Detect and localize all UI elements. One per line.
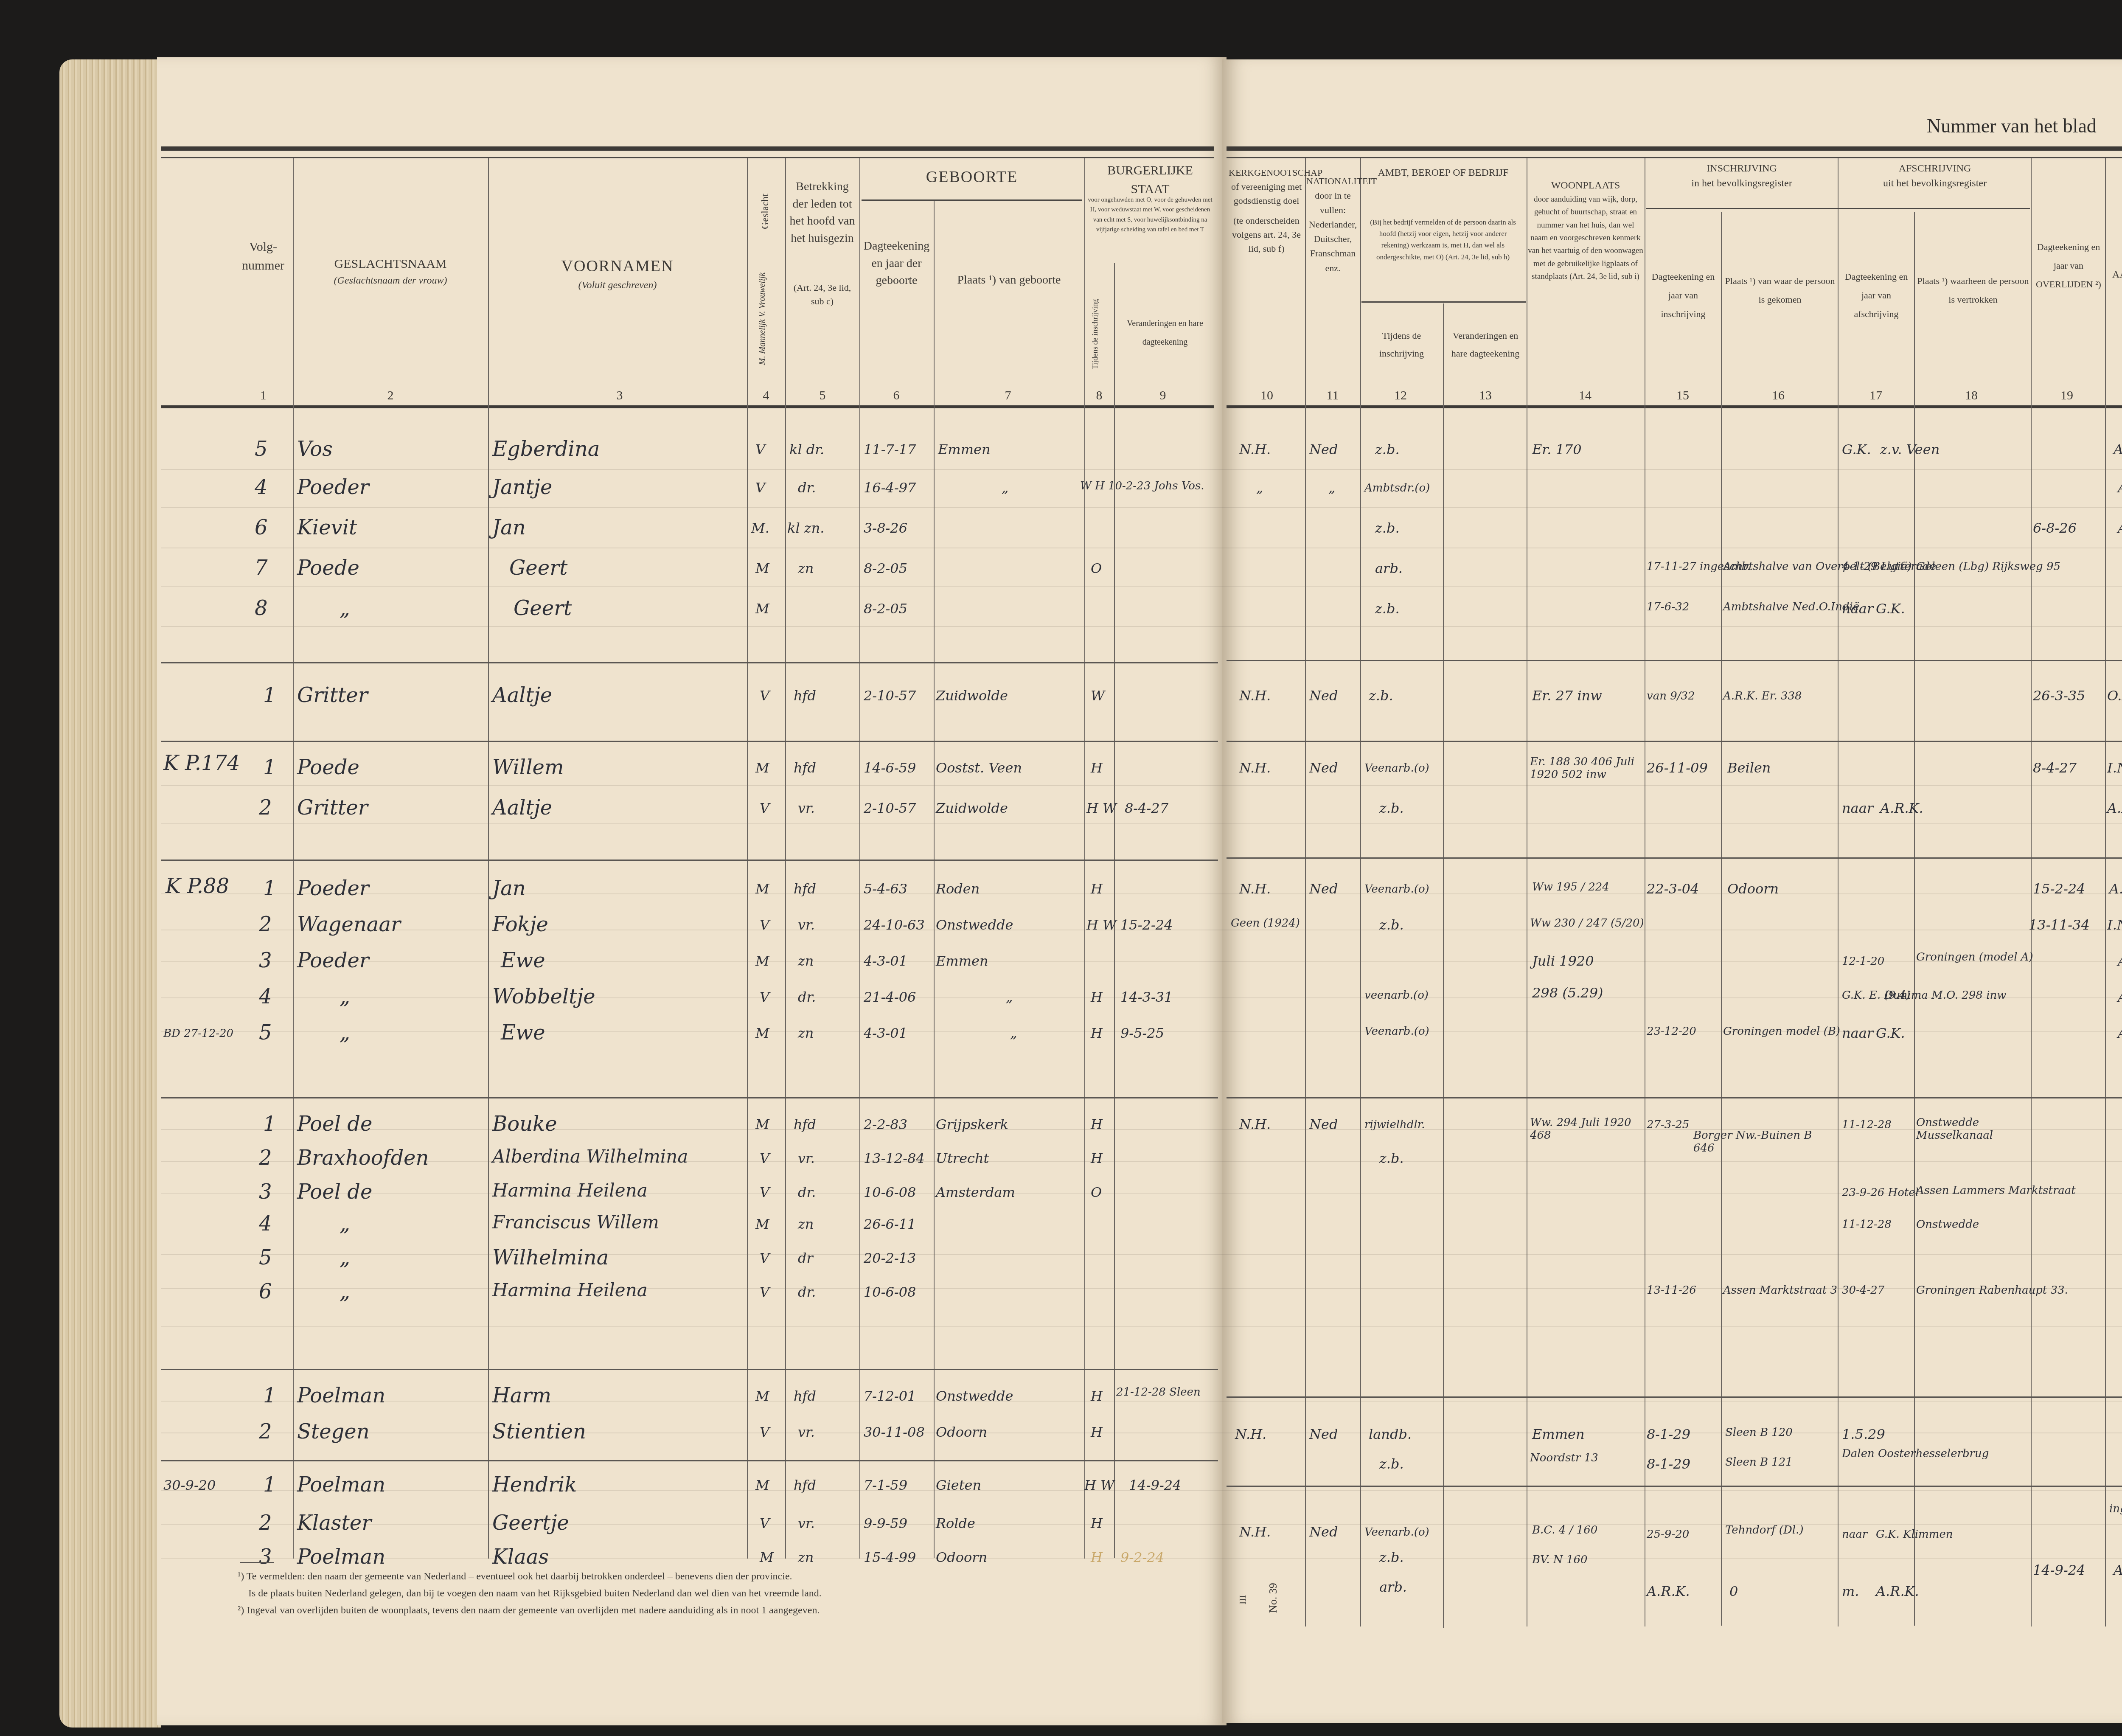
cell-death: 6-8-26 (2033, 520, 2077, 536)
cell-occ: arb. (1379, 1579, 1407, 1595)
cell-sex: M (755, 760, 769, 776)
cell-out-date: G.K. (1842, 441, 1871, 458)
ruled-line (161, 626, 2122, 627)
cell-cs: H (1091, 1515, 1103, 1531)
col-divider (488, 158, 489, 1559)
header-col1: Volg-nummer (238, 238, 289, 275)
cell-cs-change: 9-5-25 (1120, 1025, 1164, 1041)
cell-church: N.H. (1239, 760, 1271, 776)
cell-out-to: Groningen Rabenhaupt 33. (1916, 1284, 2068, 1297)
cell-rel: zn (798, 560, 814, 576)
cell-dob: 5-4-63 (864, 881, 907, 897)
col-divider (1084, 158, 1085, 1559)
cell-rel: zn (798, 1216, 814, 1232)
col-divider (293, 158, 294, 1559)
cell-sex: M (755, 1025, 769, 1041)
cell-rel: zn (798, 1025, 814, 1041)
header-col11: NATIONALITEIT door in te vullen: Nederla… (1306, 174, 1359, 275)
cell-occ: z.b. (1379, 1456, 1404, 1472)
cell-pob: Onstwedde (936, 917, 1013, 933)
cell-dob: 20-2-13 (864, 1250, 916, 1266)
header-geboorte-title: GEBOORTE (926, 168, 1018, 186)
printer-roman: III (1237, 1595, 1248, 1604)
cell-in-from: Sleen B 121 (1725, 1456, 1793, 1469)
cell-nr: 6 (259, 1280, 272, 1303)
cell-out-date: naar (1842, 1025, 1873, 1041)
cell-occ: z.b. (1379, 1549, 1404, 1565)
cell-cs: H (1091, 1150, 1103, 1166)
cell-pob: Oostst. Veen (936, 760, 1022, 776)
cell-given: Geert (509, 556, 567, 580)
cell-in-from: Ambtshalve Ned.O.Indië (1723, 601, 1859, 613)
colnum-2: 2 (382, 388, 399, 403)
cell-given: Hendrik (492, 1473, 577, 1497)
header-col7: Plaats ¹) van geboorte (936, 272, 1082, 289)
cell-pob: Rolde (936, 1515, 975, 1531)
cell-sex: V (760, 917, 769, 933)
cell-out-to: A.R.K. (1876, 1583, 1919, 1599)
cell-cs: H (1091, 1025, 1103, 1041)
cell-cs: H (1091, 1549, 1103, 1565)
cell-cs-change: 9-2-24 (1120, 1549, 1164, 1565)
cell-rel: vr. (798, 917, 815, 933)
cell-given: Geert (514, 596, 572, 620)
cell-sex: V (760, 1250, 769, 1266)
ruled-line (161, 586, 2122, 587)
cell-given: Harm (492, 1384, 551, 1407)
header-ambt-sub: (Bij het bedrijf vermelden of de persoon… (1364, 216, 1521, 263)
cell-nr: 5 (259, 1021, 272, 1045)
cell-nr: 1 (263, 876, 276, 900)
cell-res: BV. N 160 (1532, 1553, 1588, 1566)
cell-rem: A.C.C. (2118, 953, 2122, 969)
cell-surname: Gritter (297, 683, 368, 707)
cell-cs-change: W H 10-2-23 Johs Vos. (1080, 480, 1204, 492)
header-register-rule (1646, 208, 2030, 209)
header-col2-sub: (Geslachtsnaam der vrouw) (297, 273, 484, 288)
cell-rem: ingehokken A.C.C. (2109, 1503, 2122, 1515)
header-col16: Plaats ¹) van waar de persoon is gekomen (1723, 272, 1837, 309)
header-col20-title: AANMERKINGEN (2107, 267, 2122, 282)
colnum-7: 7 (999, 388, 1016, 403)
cell-rel: vr. (798, 1515, 815, 1531)
cell-dob: 24-10-63 (864, 917, 925, 933)
household-separator (1227, 1097, 2122, 1098)
cell-sex: M (755, 601, 769, 617)
household-separator (161, 1097, 1218, 1098)
cell-dob: 10-6-08 (864, 1184, 916, 1200)
cell-dob: 2-10-57 (864, 800, 916, 816)
cell-surname: Stegen (297, 1420, 370, 1444)
header-col17: Dagteekening en jaar van afschrijving (1840, 267, 1913, 323)
cell-surname: Vos (297, 437, 333, 461)
cell-cs-change: 14-3-31 (1120, 989, 1173, 1005)
cell-pob: Roden (936, 881, 980, 897)
cell-out-to: G.K. (1876, 601, 1905, 617)
cell-nr: 3 (259, 1545, 272, 1569)
cell-in-from: Assen Marktstraat 3 (1723, 1284, 1837, 1297)
colnum-19: 19 (2056, 388, 2077, 403)
col-divider (1721, 212, 1722, 1626)
cell-rem: A.C.C. (2114, 441, 2122, 458)
header-col14: WOONPLAATS door aanduiding van wijk, dor… (1528, 178, 1643, 284)
cell-surname: „ (340, 1021, 350, 1045)
cell-res: Ww 195 / 224 (1532, 881, 1609, 893)
cell-rem: O.D.R. A.C.C. (2107, 688, 2122, 704)
colnum-14: 14 (1575, 388, 1596, 403)
household-separator (1227, 1396, 2122, 1398)
cell-dob: 16-4-97 (864, 480, 916, 496)
cell-rel: dr. (798, 1284, 816, 1300)
cell-occ: Veenarb.(o) (1364, 1025, 1429, 1038)
header-afschrijving-title: AFSCHRIJVING (1840, 161, 2030, 176)
cell-surname: Poel de (297, 1112, 372, 1136)
cell-rel: vr. (798, 1424, 815, 1440)
cell-sex: M (755, 560, 769, 576)
cell-out-date: 12-1-20 (1842, 955, 1884, 968)
cell-rel: hfd (794, 1388, 816, 1404)
cell-nr: 2 (259, 1420, 272, 1444)
header-col12: Tijdens de inschrijving (1362, 327, 1441, 362)
cell-res: Juli 1920 (1532, 953, 1594, 969)
cell-nat: Ned (1309, 1116, 1338, 1132)
cell-sex: V (760, 1424, 769, 1440)
cell-sex: V (760, 1284, 769, 1300)
cell-church: Geen (1924) (1231, 917, 1300, 930)
cell-in-from: Groningen model (B) (1723, 1025, 1840, 1038)
cell-given: Aaltje (492, 796, 552, 820)
top-rule-left-thin (161, 157, 1214, 158)
cell-dob: 21-4-06 (864, 989, 916, 1005)
cell-given: Wobbeltje (492, 985, 595, 1008)
cell-dob: 10-6-08 (864, 1284, 916, 1300)
top-rule-left (161, 146, 1214, 151)
header-col3: VOORNAMEN (Voluit geschreven) (492, 255, 743, 293)
cell-surname: Kievit (297, 516, 357, 539)
cell-church: N.H. (1235, 1426, 1266, 1442)
cell-rem: A.C.C. (2118, 1025, 2122, 1041)
header-bottom-rule-left (161, 405, 1214, 408)
header-inschrijving: INSCHRIJVING in het bevolkingsregister (1647, 161, 1837, 191)
header-col4: Geslacht (760, 194, 771, 229)
cell-surname: Poeder (297, 949, 369, 972)
cell-in-from: A.R.K. Er. 338 (1723, 690, 1802, 702)
cell-out-to: Onstwedde (1916, 1218, 1979, 1231)
cell-res: Noordstr 13 (1530, 1452, 1598, 1464)
cell-given: Klaas (492, 1545, 549, 1569)
cell-pob: Onstwedde (936, 1388, 1013, 1404)
cell-cs: H (1091, 760, 1103, 776)
cell-rel: kl dr. (789, 441, 824, 458)
cell-occ: rijwielhdlr. (1364, 1118, 1425, 1131)
footnote-2: ²) Ingeval van overlijden buiten de woon… (238, 1602, 820, 1618)
cell-sex: M (755, 1216, 769, 1232)
household-separator (1227, 660, 2122, 661)
cell-surname: „ (340, 1212, 350, 1236)
ruled-line (161, 507, 2122, 508)
col-divider (1527, 158, 1527, 1626)
cell-in-date: 26-11-09 (1647, 760, 1708, 776)
cell-given: Geertje (492, 1511, 569, 1535)
cell-church: N.H. (1239, 688, 1271, 704)
cell-sex: M (755, 1116, 769, 1132)
cell-in-date: 13-11-26 (1647, 1284, 1696, 1297)
household-separator (1227, 1486, 2122, 1487)
cell-dob: 26-6-11 (864, 1216, 916, 1232)
cell-res: Ww 230 / 247 (5/20) (1530, 917, 1644, 930)
cell-out-date: naar (1842, 1528, 1867, 1541)
header-afschrijving: AFSCHRIJVING uit het bevolkingsregister (1840, 161, 2030, 191)
cell-pob: Zuidwolde (936, 688, 1008, 704)
cell-rel: dr (798, 1250, 813, 1266)
colnum-16: 16 (1768, 388, 1789, 403)
ruled-line (161, 1161, 2122, 1162)
cell-rel: hfd (794, 881, 816, 897)
cell-in-date: van 9/32 (1647, 690, 1695, 702)
cell-surname: „ (340, 985, 350, 1008)
household-separator (161, 741, 1218, 742)
cell-out-to: Assen Lammers Marktstraat (1916, 1184, 2076, 1197)
cell-surname: Poede (297, 556, 359, 580)
cell-death: 13-11-34 (2029, 917, 2090, 933)
cell-surname: Poede (297, 756, 359, 779)
colnum-3: 3 (611, 388, 628, 403)
cell-out-to: Geleen (Lbg) Rijksweg 95 (1916, 560, 2060, 573)
cell-rel: dr. (798, 480, 816, 496)
col-divider (1305, 158, 1306, 1626)
ruled-line (161, 823, 2122, 824)
cell-pob: Amsterdam (936, 1184, 1015, 1200)
cell-in-date: 17-6-32 (1647, 601, 1689, 613)
header-col10-sub: (te onderscheiden volgens art. 24, 3e li… (1229, 213, 1304, 256)
header-geboorte-rule (862, 199, 1082, 201)
ruled-line (161, 1524, 2122, 1525)
cell-pob: „ (1006, 989, 1013, 1005)
cell-pob: Grijpskerk (936, 1116, 1008, 1132)
col-divider (1838, 158, 1839, 1626)
cell-sex: M (755, 953, 769, 969)
cell-church: N.H. (1239, 881, 1271, 897)
cell-occ: Veenarb.(o) (1364, 762, 1429, 775)
cell-church: N.H. (1239, 1116, 1271, 1132)
cell-sex: V (760, 688, 769, 704)
footnote-1b: Is de plaats buiten Nederland gelegen, d… (248, 1585, 822, 1601)
header-col5-title: Betrekking der leden tot het hoofd van h… (787, 178, 857, 247)
cell-rem: A.C.C. (2118, 989, 2122, 1005)
cell-nat: Ned (1309, 881, 1338, 897)
cell-in-from: Tehndorf (Dl.) (1725, 1524, 1804, 1537)
header-col4-sub: M. Mannelijk V. Vrouwelijk (758, 272, 767, 365)
cell-dob: 13-12-84 (864, 1150, 925, 1166)
cell-nr: 2 (259, 796, 272, 820)
cell-dob: 2-10-57 (864, 688, 916, 704)
header-burgerlijke: BURGERLIJKE STAAT (1086, 161, 1214, 198)
footnote-rule (240, 1562, 274, 1563)
cell-sex: M (755, 1388, 769, 1404)
cell-nr: 1 (263, 683, 276, 707)
cell-out-date: naar (1842, 800, 1873, 816)
cell-surname: Poelman (297, 1473, 385, 1497)
colnum-17: 17 (1865, 388, 1886, 403)
cell-nr: 1 (263, 756, 276, 779)
colnum-12: 12 (1390, 388, 1411, 403)
ruled-line (161, 469, 2122, 470)
cell-in-from: Sleen B 120 (1725, 1426, 1793, 1439)
ruled-line (161, 1193, 2122, 1194)
cell-cs-change: 14-9-24 (1129, 1477, 1181, 1493)
household-separator (161, 1369, 1218, 1370)
cell-rel: hfd (794, 1116, 816, 1132)
header-col14-sub: door aanduiding van wijk, dorp, gehucht … (1528, 193, 1643, 284)
colnum-4: 4 (758, 388, 775, 403)
cell-nat: Ned (1309, 1426, 1338, 1442)
cell-rel: zn (798, 953, 814, 969)
cell-surname: Poeder (297, 475, 369, 499)
cell-out-date: 1.5.29 (1842, 1426, 1885, 1442)
header-col5: Betrekking der leden tot het hoofd van h… (787, 178, 857, 308)
header-col2-title: GESLACHTSNAAM (297, 255, 484, 273)
cell-nat: Ned (1309, 441, 1338, 458)
cell-nr: 3 (259, 1180, 272, 1204)
cell-occ: z.b. (1375, 441, 1400, 458)
header-col15: Dagteekening en jaar van inschrijving (1647, 267, 1720, 323)
cell-res: Er. 188 30 406 Juli 1920 502 inw (1530, 756, 1640, 781)
header-ambt: AMBT, BEROEP OF BEDRIJF (1361, 166, 1525, 180)
cell-pob: „ (1002, 480, 1009, 496)
header-col18: Plaats ¹) waarheen de persoon is vertrok… (1916, 272, 2030, 309)
cell-sex: V (760, 800, 769, 816)
cell-cs: O (1091, 1184, 1102, 1200)
cell-pob: Odoorn (936, 1549, 987, 1565)
colnum-6: 6 (888, 388, 905, 403)
cell-res: Ww. 294 Juli 1920 468 (1530, 1116, 1640, 1142)
cell-cs: W (1091, 688, 1105, 704)
col-divider (859, 158, 860, 1559)
cell-occ: z.b. (1369, 688, 1393, 704)
cell-out-to: Dunima M.O. 298 inw (1884, 989, 2007, 1002)
cell-given: Egberdina (492, 437, 600, 461)
cell-pob: Emmen (936, 953, 988, 969)
header-col2: GESLACHTSNAAM (Geslachtsnaam der vrouw) (297, 255, 484, 288)
ruled-line (161, 1433, 2122, 1433)
cell-rel: vr. (798, 800, 815, 816)
cell-dob: 15-4-99 (864, 1549, 916, 1565)
cell-nr: 2 (259, 1511, 272, 1535)
cell-surname: Braxhoofden (297, 1146, 429, 1170)
cell-out-to: Dalen Oosterhesselerbrug (1842, 1447, 1989, 1460)
cell-occ: landb. (1369, 1426, 1412, 1442)
header-inschrijving-title: INSCHRIJVING (1647, 161, 1837, 176)
cell-sex: M. (751, 520, 769, 536)
cell-nat: Ned (1309, 688, 1338, 704)
header-geboorte: GEBOORTE (862, 166, 1082, 189)
cell-death: 15-2-24 (2033, 881, 2085, 897)
sheet-label: Nummer van het blad (1927, 115, 2097, 137)
cell-surname: „ (340, 1246, 350, 1270)
header-col9: Veranderingen en hare dagteekening (1116, 314, 1214, 351)
colnum-10: 10 (1256, 388, 1277, 403)
col-divider (1114, 263, 1115, 1558)
cell-sex: V (760, 1150, 769, 1166)
cell-rem: A.C.C. (2118, 520, 2122, 536)
cell-dob: 8-2-05 (864, 601, 907, 617)
footnote-1: ¹) Te vermelden: den naam der gemeente v… (238, 1568, 792, 1584)
cell-res: Er. 170 (1532, 441, 1582, 458)
ruled-line (161, 961, 2122, 962)
cell-given: Bouke (492, 1112, 557, 1136)
cell-dob: 8-2-05 (864, 560, 907, 576)
col-divider (1360, 158, 1361, 1626)
cell-dob: 14-6-59 (864, 760, 916, 776)
colnum-11: 11 (1322, 388, 1343, 403)
cell-out-to: G.K. Klimmen (1876, 1528, 1953, 1541)
cell-nr: 2 (259, 1146, 272, 1170)
cell-in-date: 8-1-29 (1647, 1456, 1690, 1472)
cell-rem: A.C.C. (2109, 881, 2122, 897)
cell-occ: z.b. (1379, 1150, 1404, 1166)
header-col13: Veranderingen en hare dagteekening (1445, 327, 1526, 362)
household-separator (161, 860, 1218, 861)
cell-in-date: 8-1-29 (1647, 1426, 1690, 1442)
cell-nr: 5 (259, 1246, 272, 1270)
cell-out-date: naar (1842, 601, 1873, 617)
header-afschrijving-sub: uit het bevolkingsregister (1840, 176, 2030, 191)
cell-out-to: z.v. Veen (1880, 441, 1940, 458)
cell-occ: Ambtsdr.(o) (1364, 482, 1430, 494)
cell-given: Harmina Heilena (492, 1180, 648, 1201)
cell-nr: 4 (259, 1212, 272, 1236)
cell-occ: z.b. (1375, 601, 1400, 617)
cell-dob: 3-8-26 (864, 520, 907, 536)
cell-out-to: G.K. (1876, 1025, 1905, 1041)
cell-death: 8-4-27 (2033, 760, 2077, 776)
cell-surname: Klaster (297, 1511, 371, 1535)
col-divider (1914, 212, 1915, 1626)
cell-sex: M (755, 881, 769, 897)
cell-occ: z.b. (1379, 917, 1404, 933)
household-separator (1227, 741, 2122, 742)
cell-given: Ewe (501, 1021, 545, 1045)
cell-pob: Zuidwolde (936, 800, 1008, 816)
cell-cs-change: 8-4-27 (1125, 800, 1168, 816)
cell-rem: I.N.V. A.C.C. (2107, 760, 2122, 776)
cell-sex: M (755, 1477, 769, 1493)
cell-cs: H (1091, 1116, 1103, 1132)
header-col6: Dagteekening en jaar der geboorte (862, 238, 932, 289)
cell-given: Aaltje (492, 683, 552, 707)
cell-res: Emmen (1532, 1426, 1585, 1442)
cell-pob: Odoorn (936, 1424, 987, 1440)
cell-nr: 4 (255, 475, 268, 499)
header-col14-title: WOONPLAATS (1528, 178, 1643, 193)
cell-cs: H (1091, 1424, 1103, 1440)
cell-cs-change: 21-12-28 Sleen (1116, 1386, 1214, 1399)
household-margin-note: K P.174 (163, 751, 240, 775)
cell-in-from: Beilen (1727, 760, 1771, 776)
cell-given: Fokje (492, 913, 548, 936)
colnum-9: 9 (1154, 388, 1171, 403)
household-separator (1227, 857, 2122, 859)
col-divider (785, 158, 786, 1559)
cell-in-from: Odoorn (1727, 881, 1779, 897)
cell-out-to: Onstwedde Musselkanaal (1916, 1116, 2027, 1142)
cell-nat: Ned (1309, 760, 1338, 776)
cell-cs: O (1091, 560, 1102, 576)
cell-cs: H (1091, 881, 1103, 897)
col-divider (1645, 158, 1645, 1626)
header-col5-sub: (Art. 24, 3e lid, sub c) (787, 281, 857, 308)
cell-dob: 4-3-01 (864, 953, 907, 969)
